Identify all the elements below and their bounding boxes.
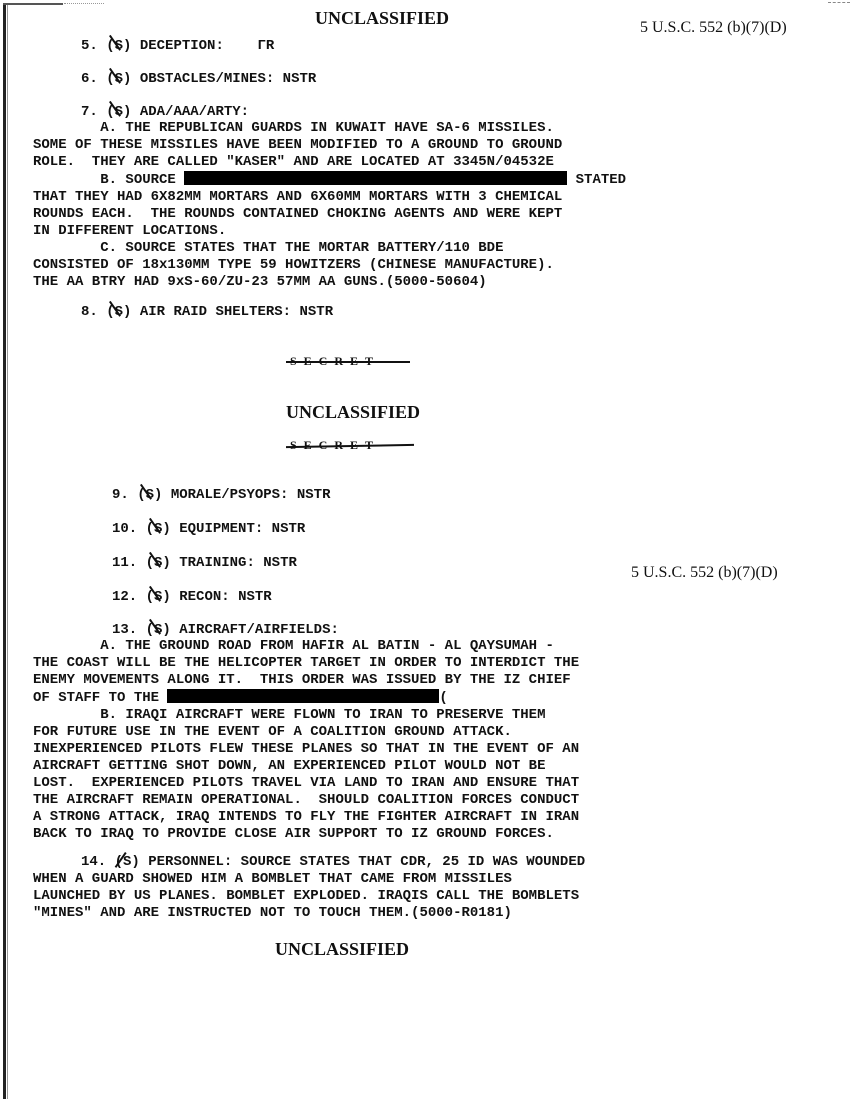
para-title: DECEPTION:	[140, 38, 224, 54]
paragraph-12: 12. (S) RECON: NSTR	[112, 589, 272, 606]
para-value: ΓR	[257, 38, 274, 54]
para-number: 7.	[81, 104, 98, 120]
text-line: B. IRAQI AIRCRAFT WERE FLOWN TO IRAN TO …	[33, 707, 579, 724]
paragraph-7-body-a: A. THE REPUBLICAN GUARDS IN KUWAIT HAVE …	[33, 120, 626, 291]
text-line: AIRCRAFT GETTING SHOT DOWN, AN EXPERIENC…	[33, 758, 579, 775]
text-line: THE AA BTRY HAD 9xS-60/ZU-23 57MM AA GUN…	[33, 274, 626, 291]
classification-top: UNCLASSIFIED	[315, 8, 449, 29]
strikethrough-line	[286, 361, 410, 363]
text-line-redacted: OF STAFF TO THE (	[33, 689, 579, 707]
page-border-top	[3, 3, 63, 5]
para-number: 6.	[81, 71, 98, 87]
page-border-left	[3, 3, 6, 1099]
classification-mark: (S)	[146, 555, 171, 572]
text-line: THE COAST WILL BE THE HELICOPTER TARGET …	[33, 655, 579, 672]
para-number: 11.	[112, 555, 137, 571]
text-line: SOME OF THESE MISSILES HAVE BEEN MODIFIE…	[33, 137, 626, 154]
paragraph-11: 11. (S) TRAINING: NSTR	[112, 555, 297, 572]
para-number: 13.	[112, 622, 137, 638]
text-line: FOR FUTURE USE IN THE EVENT OF A COALITI…	[33, 724, 579, 741]
page-corner-mark	[828, 2, 850, 4]
classification-mark: (S)	[106, 304, 131, 321]
para-number: 5.	[81, 38, 98, 54]
para-title: AIRCRAFT/AIRFIELDS:	[179, 622, 339, 638]
para-number: 8.	[81, 304, 98, 320]
text-line: WHEN A GUARD SHOWED HIM A BOMBLET THAT C…	[33, 871, 579, 888]
classification-mark: (S)	[106, 71, 131, 88]
classification-mid: UNCLASSIFIED	[286, 402, 420, 423]
text-line: C. SOURCE STATES THAT THE MORTAR BATTERY…	[33, 240, 626, 257]
text-line: A. THE GROUND ROAD FROM HAFIR AL BATIN -…	[33, 638, 579, 655]
para-title: RECON:	[179, 589, 229, 605]
para-title: TRAINING:	[179, 555, 255, 571]
para-value: NSTR	[272, 521, 306, 537]
redaction-block	[167, 689, 439, 703]
paragraph-8: 8. (S) AIR RAID SHELTERS: NSTR	[81, 304, 333, 321]
paragraph-7-heading: 7. (S) ADA/AAA/ARTY:	[81, 104, 249, 121]
text-line: BACK TO IRAQ TO PROVIDE CLOSE AIR SUPPOR…	[33, 826, 579, 843]
paragraph-5: 5. (S) DECEPTION: ΓR	[81, 38, 274, 55]
paragraph-14-body: WHEN A GUARD SHOWED HIM A BOMBLET THAT C…	[33, 871, 579, 922]
text-line: IN DIFFERENT LOCATIONS.	[33, 223, 626, 240]
para-number: 9.	[112, 487, 129, 503]
text-line: PERSONNEL: SOURCE STATES THAT CDR, 25 ID…	[148, 854, 585, 870]
text-suffix: (	[439, 690, 447, 706]
classification-mark: (S)	[146, 589, 171, 606]
classification-mark: (S)	[106, 104, 131, 121]
text-line: ENEMY MOVEMENTS ALONG IT. THIS ORDER WAS…	[33, 672, 579, 689]
text-line: A. THE REPUBLICAN GUARDS IN KUWAIT HAVE …	[33, 120, 626, 137]
text-prefix: B. SOURCE	[33, 172, 184, 188]
para-value: NSTR	[238, 589, 272, 605]
text-line: THE AIRCRAFT REMAIN OPERATIONAL. SHOULD …	[33, 792, 579, 809]
text-prefix: OF STAFF TO THE	[33, 690, 167, 706]
text-line: LAUNCHED BY US PLANES. BOMBLET EXPLODED.…	[33, 888, 579, 905]
para-value: NSTR	[299, 304, 333, 320]
para-number: 12.	[112, 589, 137, 605]
para-value: NSTR	[263, 555, 297, 571]
para-title: AIR RAID SHELTERS:	[140, 304, 291, 320]
para-title: OBSTACLES/MINES:	[140, 71, 274, 87]
classification-mark: (S)	[137, 487, 162, 504]
paragraph-14-first-line: 14. (S) PERSONNEL: SOURCE STATES THAT CD…	[81, 854, 585, 871]
classification-mark: (S)	[115, 854, 140, 871]
redaction-block	[184, 171, 567, 185]
classification-mark: (S)	[106, 38, 131, 55]
paragraph-9: 9. (S) MORALE/PSYOPS: NSTR	[112, 487, 330, 504]
text-line: ROUNDS EACH. THE ROUNDS CONTAINED CHOKIN…	[33, 206, 626, 223]
statute-mid-text: 5 U.S.C. 552 (b)(7)(D)	[631, 564, 778, 581]
page-border-left-inner	[7, 3, 8, 1099]
paragraph-13-heading: 13. (S) AIRCRAFT/AIRFIELDS:	[112, 622, 339, 639]
para-value: NSTR	[283, 71, 317, 87]
classification-bottom: UNCLASSIFIED	[275, 939, 409, 960]
para-value: NSTR	[297, 487, 331, 503]
text-line: A STRONG ATTACK, IRAQ INTENDS TO FLY THE…	[33, 809, 579, 826]
para-number: 10.	[112, 521, 137, 537]
text-line-redacted: B. SOURCE STATED	[33, 171, 626, 189]
classification-mark: (S)	[146, 622, 171, 639]
para-title: MORALE/PSYOPS:	[171, 487, 289, 503]
text-line: ROLE. THEY ARE CALLED "KASER" AND ARE LO…	[33, 154, 626, 171]
text-line: THAT THEY HAD 6X82MM MORTARS AND 6X60MM …	[33, 189, 626, 206]
paragraph-6: 6. (S) OBSTACLES/MINES: NSTR	[81, 71, 316, 88]
text-line: LOST. EXPERIENCED PILOTS TRAVEL VIA LAND…	[33, 775, 579, 792]
text-line: "MINES" AND ARE INSTRUCTED NOT TO TOUCH …	[33, 905, 579, 922]
paragraph-10: 10. (S) EQUIPMENT: NSTR	[112, 521, 305, 538]
para-number: 14.	[81, 854, 106, 870]
text-line: CONSISTED OF 18x130MM TYPE 59 HOWITZERS …	[33, 257, 626, 274]
statute-top: 5 U.S.C. 552 (b)(7)(D)	[640, 19, 787, 37]
statute-top-text: 5 U.S.C. 552 (b)(7)(D)	[640, 19, 787, 36]
text-suffix: STATED	[567, 172, 626, 188]
paragraph-13-body: A. THE GROUND ROAD FROM HAFIR AL BATIN -…	[33, 638, 579, 843]
statute-mid: 5 U.S.C. 552 (b)(7)(D)	[631, 564, 778, 582]
classification-mark: (S)	[146, 521, 171, 538]
page-border-top-dots	[64, 3, 104, 5]
para-title: EQUIPMENT:	[179, 521, 263, 537]
text-line: INEXPERIENCED PILOTS FLEW THESE PLANES S…	[33, 741, 579, 758]
para-title: ADA/AAA/ARTY:	[140, 104, 249, 120]
